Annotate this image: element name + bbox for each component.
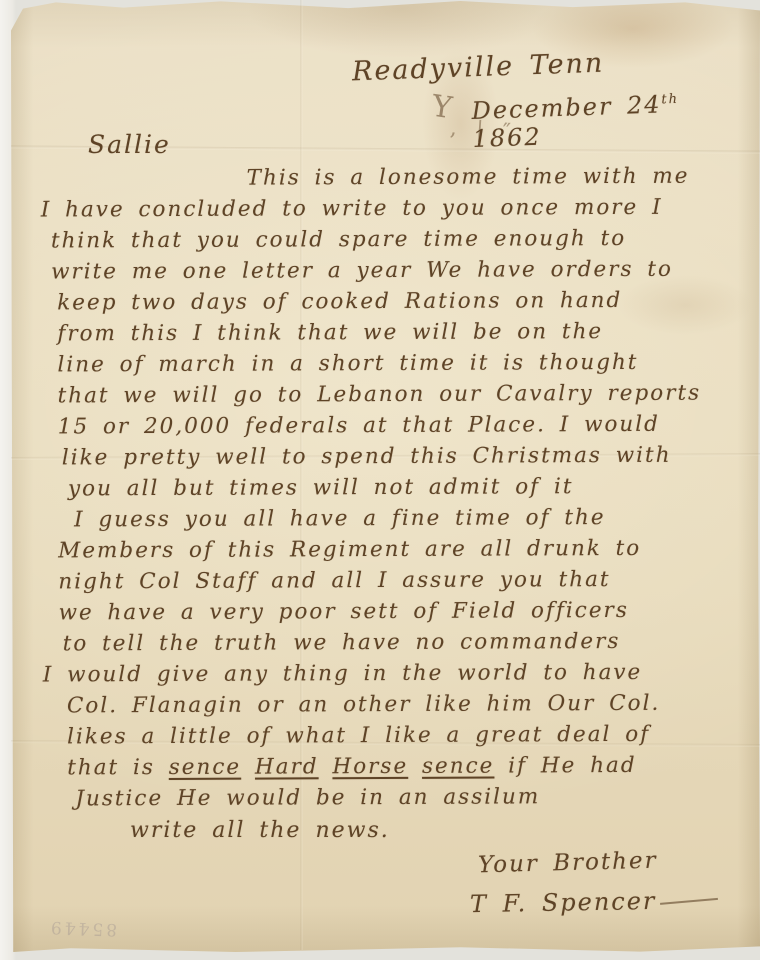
- letter-signoff: Your Brother: [478, 848, 658, 879]
- letter-line: that is sence Hard Horse sence if He had: [37, 749, 739, 783]
- letter-salutation: Sallie: [88, 130, 171, 159]
- ink-stray-mark: , | ″: [449, 116, 517, 146]
- letter-line: you all but times will not admit of it: [36, 470, 738, 504]
- letter-line: write me one letter a year We have order…: [35, 253, 737, 287]
- letter-line: like pretty well to spend this Christmas…: [36, 439, 738, 473]
- underlined-word: Horse: [332, 754, 408, 779]
- letter-line: 15 or 20,000 federals at that Place. I w…: [36, 408, 738, 442]
- letter-text: if He had: [494, 753, 636, 779]
- date-ordinal: th: [661, 92, 679, 108]
- letter-body: This is a lonesome time with meI have co…: [35, 160, 740, 814]
- underlined-word: sence: [169, 755, 241, 780]
- letter-line: night Col Staff and all I assure you tha…: [36, 563, 738, 597]
- letter-line: think that you could spare time enough t…: [35, 222, 737, 256]
- letter-text: [319, 754, 333, 779]
- letter-line: Members of this Regiment are all drunk t…: [36, 532, 738, 566]
- faint-inventory-number: 85449: [48, 917, 118, 939]
- letter-line: Justice He would be in an assilum: [37, 780, 739, 814]
- letter-text: [408, 754, 422, 779]
- letter-line: This is a lonesome time with me: [35, 160, 737, 194]
- letter-text: [241, 755, 255, 780]
- letter-line: I would give any thing in the world to h…: [37, 656, 739, 690]
- letter-signature: T F. Spencer: [470, 886, 719, 918]
- letter-news-line: write all the news.: [130, 818, 390, 843]
- underlined-word: Hard: [255, 754, 319, 779]
- letter-line: that we will go to Lebanon our Cavalry r…: [36, 377, 738, 411]
- letter-line: to tell the truth we have no commanders: [37, 625, 739, 659]
- letter-line: likes a little of what I like a great de…: [37, 718, 739, 752]
- underlined-word: sence: [422, 754, 494, 779]
- letter-line: from this I think that we will be on the: [35, 315, 737, 349]
- letter-text: that is: [67, 755, 169, 780]
- letter-line: I have concluded to write to you once mo…: [35, 191, 737, 225]
- letter-line: we have a very poor sett of Field office…: [36, 594, 738, 628]
- letter-line: line of march in a short time it is thou…: [35, 346, 737, 380]
- letter-line: I guess you all have a fine time of the: [36, 501, 738, 535]
- letter-line: Col. Flanagin or an other like him Our C…: [37, 687, 739, 721]
- letter-line: keep two days of cooked Rations on hand: [35, 284, 737, 318]
